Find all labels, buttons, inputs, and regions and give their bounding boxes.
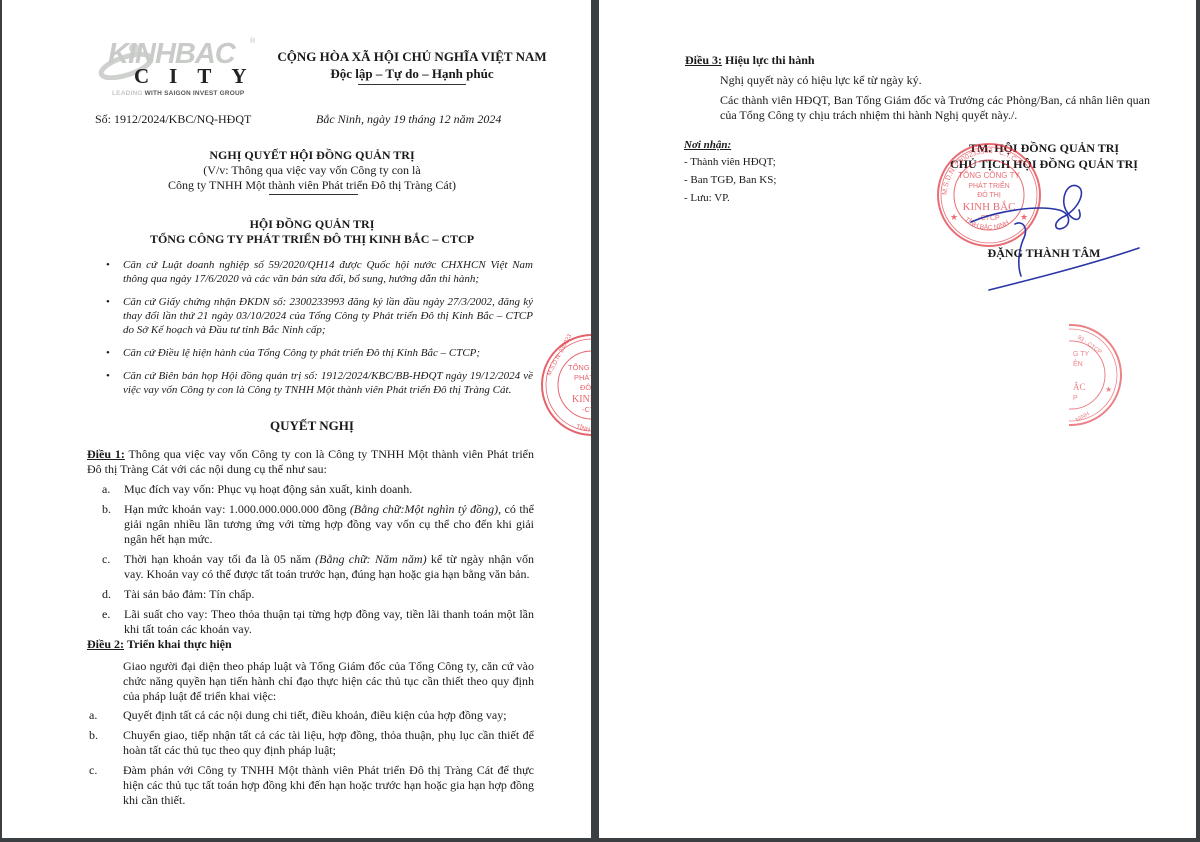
signature-title-line1: TM. HỘI ĐỒNG QUẢN TRỊ bbox=[929, 141, 1159, 156]
svg-text:TỔNG CÔN: TỔNG CÔN bbox=[568, 363, 591, 372]
signature-title-line2: CHỦ TỊCH HỘI ĐỒNG QUẢN TRỊ bbox=[929, 157, 1159, 172]
article-3-heading: Điều 3: Hiệu lực thi hành bbox=[685, 53, 815, 68]
issuer-line1: HỘI ĐỒNG QUẢN TRỊ bbox=[82, 217, 542, 232]
document-title: NGHỊ QUYẾT HỘI ĐỒNG QUẢN TRỊ bbox=[82, 148, 542, 163]
legal-bases-list: Căn cứ Luật doanh nghiệp số 59/2020/QH14… bbox=[123, 258, 533, 403]
article-2-item-a: a. Quyết định tất cả các nội dung chi ti… bbox=[123, 708, 534, 723]
article-1: Điều 1: Thông qua việc vay vốn Công ty c… bbox=[87, 447, 534, 477]
legal-basis-item: Căn cứ Điều lệ hiện hành của Tổng Công t… bbox=[123, 346, 533, 360]
signature-scribble-icon bbox=[959, 180, 1149, 300]
national-header-line1: CỘNG HÒA XÃ HỘI CHỦ NGHĨA VIỆT NAM bbox=[267, 49, 557, 64]
article-2-heading: Điều 2: Triển khai thực hiện bbox=[87, 637, 232, 652]
resolution-heading: QUYẾT NGHỊ bbox=[82, 418, 542, 433]
recipients-heading: Nơi nhận: bbox=[684, 138, 731, 152]
document-subject-line1: (V/v: Thông qua việc vay vốn Công ty con… bbox=[82, 163, 542, 178]
article-1-item-a: a. Mục đích vay vốn: Phục vụ hoạt động s… bbox=[124, 482, 534, 497]
article-1-item-d: d. Tài sản bảo đảm: Tín chấp. bbox=[124, 587, 534, 602]
recipients-list: - Thành viên HĐQT; - Ban TGĐ, Ban KS; - … bbox=[684, 155, 776, 205]
document-number: Số: 1912/2024/KBC/NQ-HĐQT bbox=[95, 112, 251, 127]
svg-text:P: P bbox=[1073, 395, 1078, 402]
svg-text:G TY: G TY bbox=[1073, 351, 1090, 358]
article-2-label: Điều 2: bbox=[87, 637, 124, 651]
logo-brand-bottom: CITY bbox=[134, 64, 267, 89]
article-3-label: Điều 3: bbox=[685, 53, 722, 67]
legal-basis-item: Căn cứ Biên bản họp Hội đồng quản trị số… bbox=[123, 369, 533, 397]
article-3-title: Hiệu lực thi hành bbox=[725, 53, 815, 67]
article-3-paragraph-1: Nghị quyết này có hiệu lực kể từ ngày ký… bbox=[720, 73, 922, 88]
subject-underline bbox=[269, 194, 358, 195]
header-underline bbox=[358, 84, 466, 85]
article-3-paragraph-2: Các thành viên HĐQT, Ban Tổng Giám đốc v… bbox=[720, 93, 1150, 123]
svg-text:PHÁT TRIỂN: PHÁT TRIỂN bbox=[968, 181, 1009, 190]
signer-name: ĐẶNG THÀNH TÂM bbox=[929, 246, 1159, 261]
logo-registered-mark: ® bbox=[250, 38, 255, 45]
legal-basis-item: Căn cứ Giấy chứng nhận ĐKDN số: 23002339… bbox=[123, 295, 533, 337]
article-1-item-e: e. Lãi suất cho vay: Theo thỏa thuận tại… bbox=[124, 607, 534, 637]
document-page-2: Điều 3: Hiệu lực thi hành Nghị quyết này… bbox=[599, 0, 1196, 838]
article-2-intro: Giao người đại diện theo pháp luật và Tổ… bbox=[123, 659, 534, 704]
article-1-label: Điều 1: bbox=[87, 447, 125, 461]
article-2-item-c: c. Đàm phán với Công ty TNHH Một thành v… bbox=[123, 763, 534, 808]
article-2-title: Triển khai thực hiện bbox=[127, 637, 232, 651]
svg-text:★: ★ bbox=[1020, 212, 1028, 222]
article-1-item-b: b. Hạn mức khoản vay: 1.000.000.000.000 … bbox=[124, 502, 534, 547]
svg-text:★: ★ bbox=[950, 212, 958, 222]
document-page-1: KINHBAC ® CITY LEADING WITH SAIGON INVES… bbox=[2, 0, 591, 838]
svg-text:M.S.D.N: 230023: M.S.D.N: 230023 bbox=[546, 333, 573, 377]
article-2-items: a. Quyết định tất cả các nội dung chi ti… bbox=[123, 708, 534, 808]
svg-text:ẮC: ẮC bbox=[1073, 382, 1086, 392]
svg-text:PHÁT TR: PHÁT TR bbox=[574, 373, 591, 382]
recipient-item: - Thành viên HĐQT; bbox=[684, 155, 776, 169]
recipient-item: - Ban TGĐ, Ban KS; bbox=[684, 173, 776, 187]
svg-text:KINH: KINH bbox=[572, 394, 591, 405]
legal-basis-item: Căn cứ Luật doanh nghiệp số 59/2020/QH14… bbox=[123, 258, 533, 286]
article-1-items: a. Mục đích vay vốn: Phục vụ hoạt động s… bbox=[124, 482, 534, 637]
svg-text:ÊN: ÊN bbox=[1073, 359, 1083, 368]
issuer-line2: TỔNG CÔNG TY PHÁT TRIỂN ĐÔ THỊ KINH BẮC … bbox=[82, 232, 542, 247]
place-date: Bắc Ninh, ngày 19 tháng 12 năm 2024 bbox=[316, 112, 501, 127]
svg-text:ĐÔ THỊ: ĐÔ THỊ bbox=[977, 190, 1001, 199]
national-header-line2: Độc lập – Tự do – Hạnh phúc bbox=[267, 66, 557, 81]
article-2-item-b: b. Chuyển giao, tiếp nhận tất cả các tài… bbox=[123, 728, 534, 758]
company-logo: KINHBAC ® CITY LEADING WITH SAIGON INVES… bbox=[94, 38, 264, 98]
company-seal-partial-icon: G TY ÊN ẮC P ★ 93 - CTCP NINH bbox=[1069, 320, 1129, 430]
svg-text:ĐÔ T: ĐÔ T bbox=[580, 383, 591, 392]
recipient-item: - Lưu: VP. bbox=[684, 191, 776, 205]
article-1-text: Thông qua việc vay vốn Công ty con là Cô… bbox=[87, 447, 534, 476]
logo-tagline: LEADING WITH SAIGON INVEST GROUP bbox=[112, 90, 244, 97]
svg-text:TỈNH BẮC NINH: TỈNH BẮC NINH bbox=[963, 216, 1010, 232]
svg-text:KINH BẮC: KINH BẮC bbox=[963, 200, 1016, 213]
document-subject-line2: Công ty TNHH Một thành viên Phát triển Đ… bbox=[82, 178, 542, 193]
svg-text:-CTC: -CTC bbox=[582, 405, 591, 414]
svg-text:TỈNH BẮ: TỈNH BẮ bbox=[575, 422, 591, 436]
svg-text:93 - CTCP: 93 - CTCP bbox=[1076, 335, 1103, 356]
svg-text:TỔNG CÔNG TY: TỔNG CÔNG TY bbox=[958, 171, 1020, 180]
svg-text:★: ★ bbox=[1105, 385, 1112, 394]
article-1-item-c: c. Thời hạn khoản vay tối đa là 05 năm (… bbox=[124, 552, 534, 582]
svg-text:NINH: NINH bbox=[1075, 411, 1091, 424]
svg-text:-CTCP: -CTCP bbox=[978, 215, 1000, 222]
